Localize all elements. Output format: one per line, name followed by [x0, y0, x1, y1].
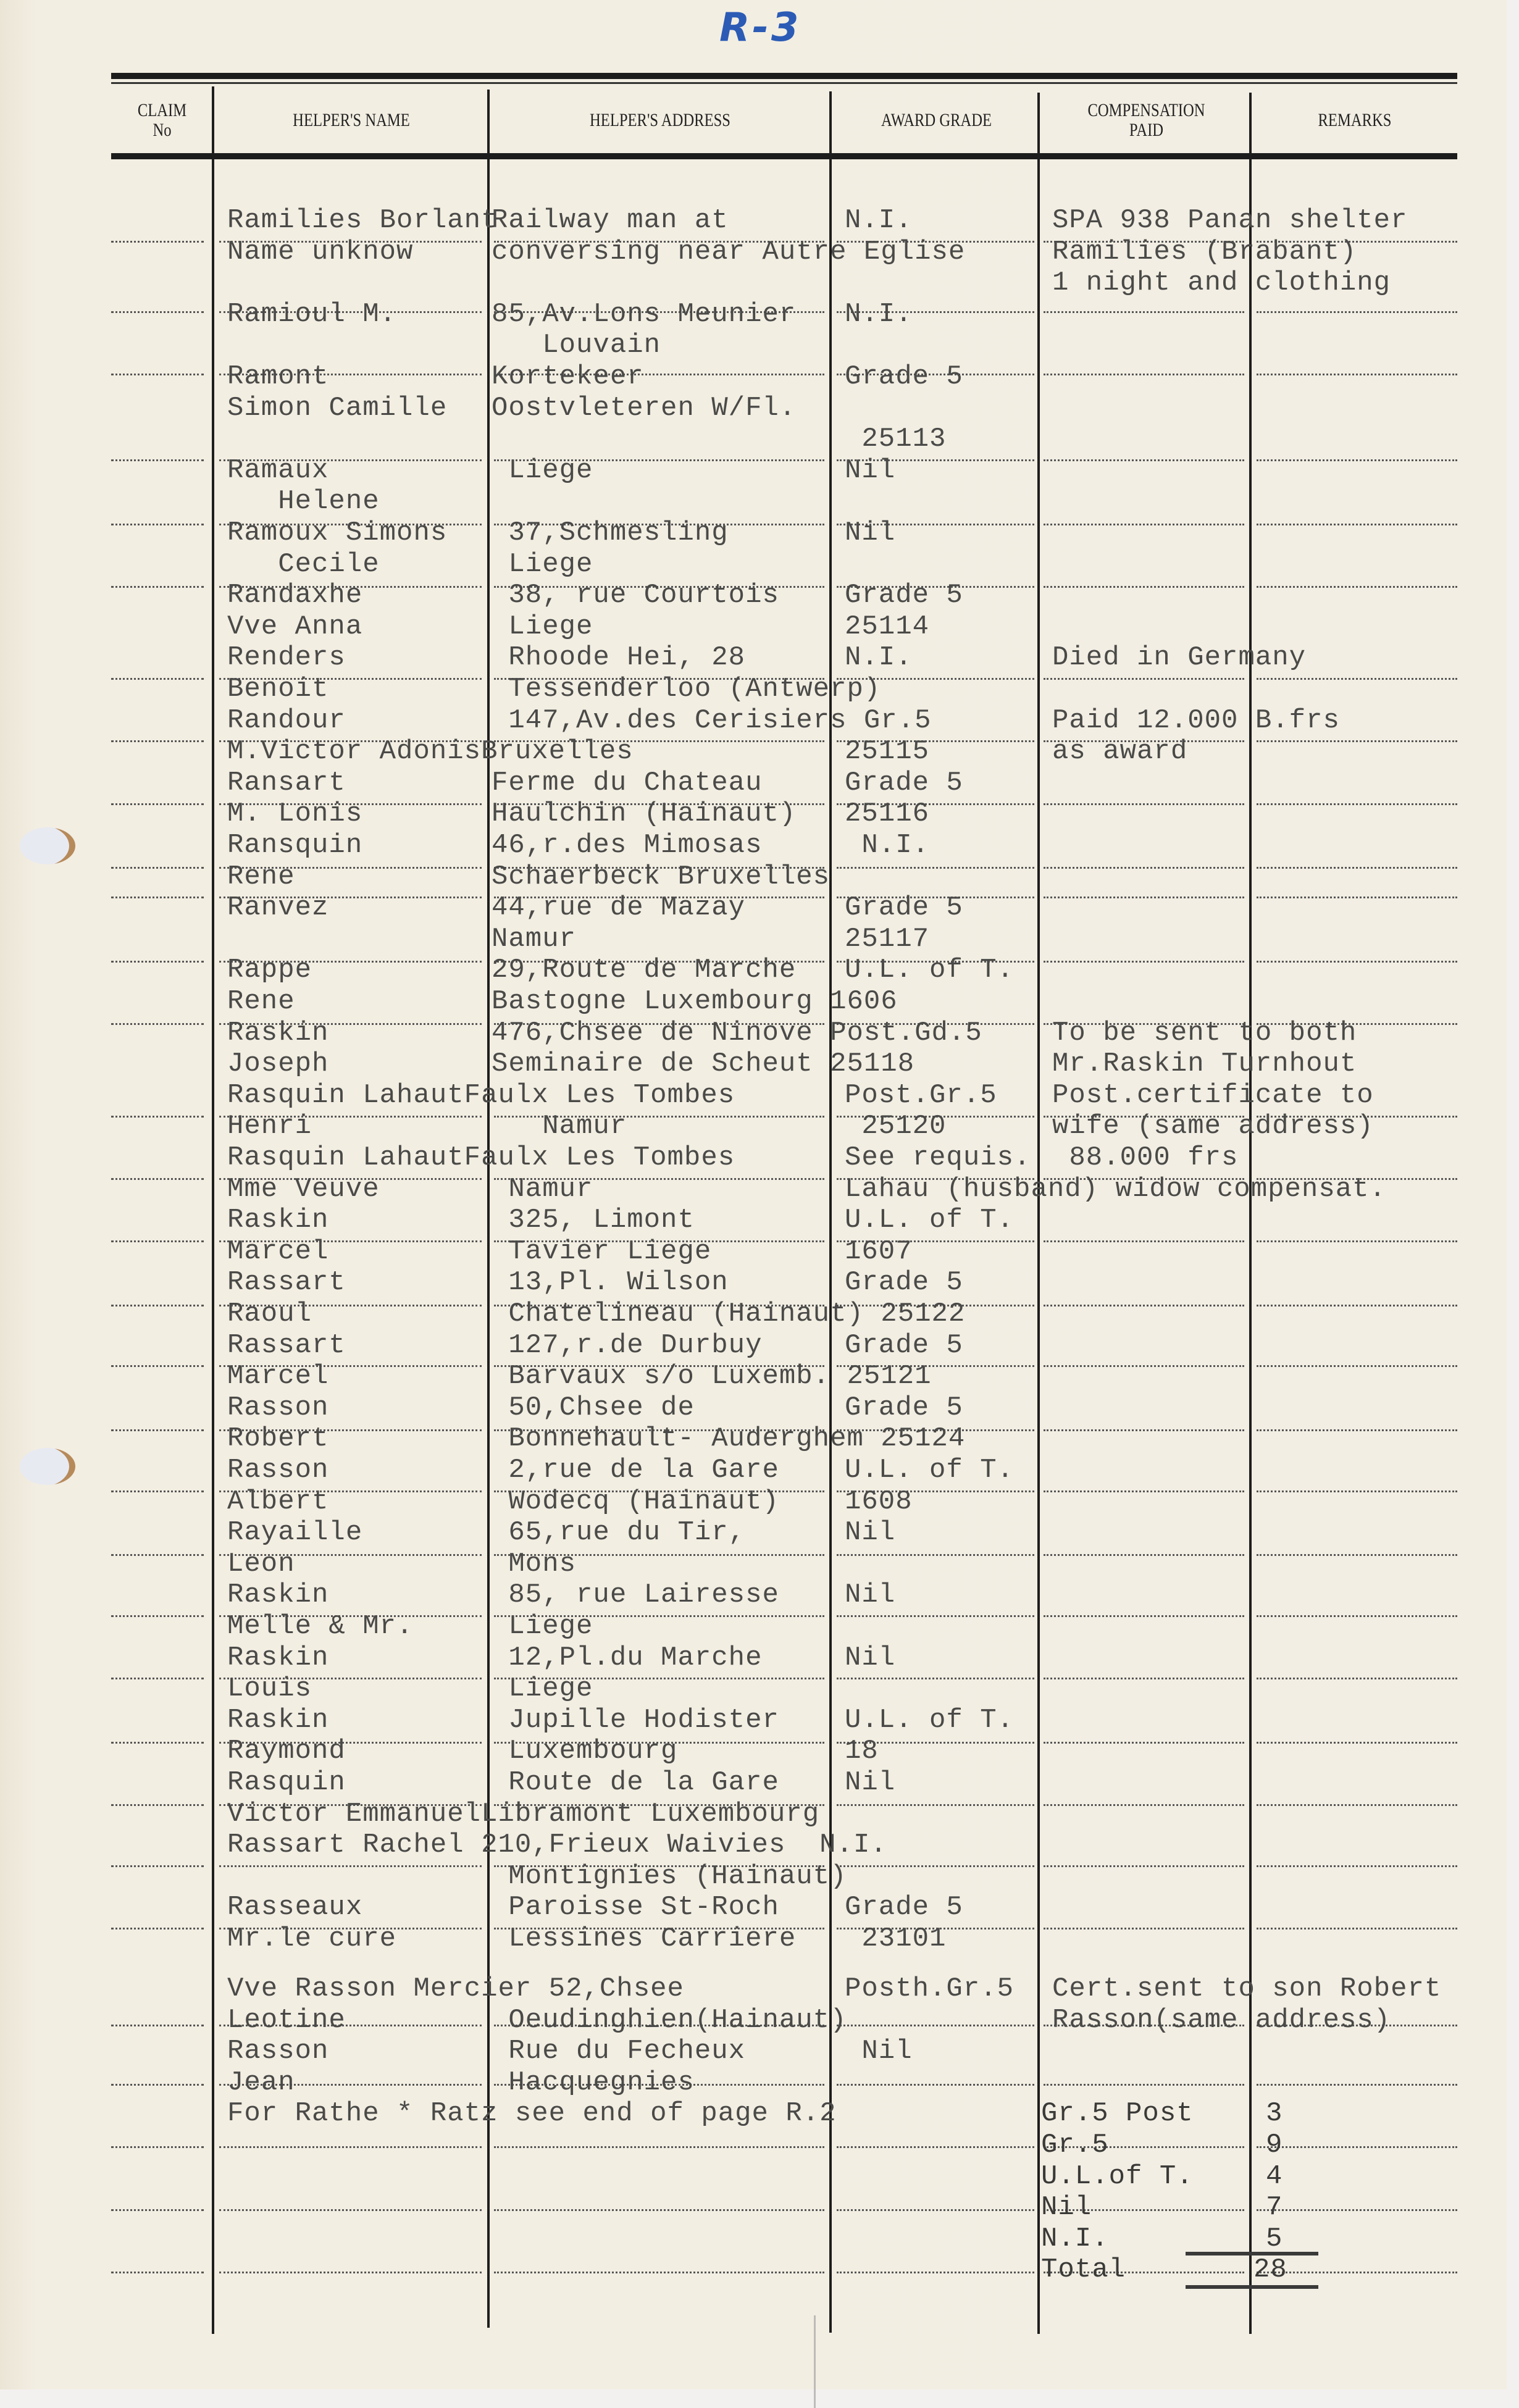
entry-award: 1608: [845, 1486, 913, 1517]
entry-name: Rasseaux: [227, 1892, 362, 1923]
entry-name: Mr.le cure: [227, 1923, 396, 1954]
dotted-rule: [111, 1305, 204, 1306]
header-top-rule: [111, 73, 1457, 79]
header-top-thin-rule: [111, 82, 1457, 84]
entry-address: 127,r.de Durbuy: [492, 1330, 762, 1361]
dotted-rule: [111, 740, 204, 742]
dotted-rule: [111, 2025, 204, 2026]
entry-award: Nil: [845, 1642, 895, 1673]
entry-address: Jupille Hodister: [492, 1705, 779, 1736]
dotted-rule: [1044, 1305, 1244, 1306]
dotted-rule: [111, 459, 204, 461]
page-mark: R-3: [719, 5, 801, 51]
dotted-rule: [1257, 1928, 1457, 1929]
dotted-rule: [111, 1365, 204, 1367]
dotted-rule: [111, 524, 204, 525]
col-header-compensation: COMPENSATIONPAID: [1061, 86, 1231, 154]
entry-address: Haulchin (Hainaut): [492, 798, 796, 829]
entry-address: Liege: [492, 549, 593, 580]
dotted-rule: [111, 1429, 204, 1431]
dotted-rule: [1044, 524, 1244, 525]
entry-name: Victor EmmanuelLibramont Luxembourg: [227, 1799, 819, 1829]
dotted-rule: [1044, 311, 1244, 313]
dotted-rule: [1257, 524, 1457, 525]
entry-name: Henri: [227, 1111, 312, 1142]
entry-address: 29,Route de Marche: [492, 955, 796, 985]
entry-name: Raymond: [227, 1736, 346, 1766]
entry-name: Rasson: [227, 1455, 328, 1486]
entry-address: Railway man at: [492, 205, 729, 236]
entry-name: Ramilies Borlant: [227, 205, 498, 236]
entry-name: Mme Veuve: [227, 1174, 380, 1205]
dotted-rule: [837, 2272, 1034, 2273]
dotted-rule: [219, 1865, 482, 1867]
dotted-rule: [1044, 867, 1244, 869]
entry-address: Wodecq (Hainaut): [492, 1486, 779, 1517]
entry-name: Joseph: [227, 1048, 328, 1079]
entry-award: Grade 5: [845, 892, 963, 923]
entry-award: U.L. of T.: [845, 1455, 1014, 1486]
dotted-rule: [1044, 1804, 1244, 1806]
entry-address: Bastogne Luxembourg 1606: [492, 986, 898, 1017]
dotted-rule: [1044, 2084, 1244, 2086]
entry-address: Liege: [492, 611, 593, 642]
dotted-rule: [837, 2209, 1034, 2211]
entry-comp: Mr.Raskin Turnhout: [1052, 1048, 1357, 1079]
col-header-award: AWARD GRADE: [852, 86, 1021, 154]
dotted-rule: [1044, 459, 1244, 461]
dotted-rule: [837, 1678, 1034, 1679]
entry-address: 38, rue Courtois: [492, 580, 779, 611]
dotted-rule: [1257, 374, 1457, 375]
dotted-rule: [111, 1178, 204, 1180]
summary-count: 3: [1266, 2098, 1283, 2129]
entry-name: Rene: [227, 861, 295, 892]
entry-address: 85, rue Lairesse: [492, 1579, 779, 1610]
col-header-claim: CLAIMNo: [120, 86, 204, 154]
dotted-rule: [1257, 2209, 1457, 2211]
entry-name: Ramioul M.: [227, 299, 396, 330]
dotted-rule: [1257, 1804, 1457, 1806]
dotted-rule: [1257, 1429, 1457, 1431]
summary-total-label: Total: [1041, 2254, 1126, 2285]
entry-name: Ransquin: [227, 830, 362, 861]
total-underline: [1186, 2252, 1318, 2255]
entry-name: For Rathe * Ratz see end of page R.2: [227, 2098, 837, 2129]
dotted-rule: [111, 2146, 204, 2148]
entry-name: Cecile: [227, 549, 380, 580]
entry-name: Leotine: [227, 2005, 346, 2036]
dotted-rule: [111, 1742, 204, 1744]
entry-name: Rassart: [227, 1267, 346, 1298]
entry-award: N.I.: [845, 205, 913, 236]
entry-address: Kortekeer: [492, 361, 644, 392]
column-divider: [212, 86, 214, 2334]
entry-comp: wife (same address): [1052, 1111, 1374, 1142]
dotted-rule: [1257, 2084, 1457, 2086]
entry-name: Raoul: [227, 1298, 312, 1329]
entry-comp: Paid 12.000 B.frs: [1052, 705, 1340, 736]
dotted-rule: [1257, 867, 1457, 869]
col-header-name: HELPER'S NAME: [240, 86, 463, 154]
entry-award: Grade 5: [845, 1392, 963, 1423]
entry-name: Jean: [227, 2067, 295, 2098]
entry-address: 50,Chsee de: [492, 1392, 695, 1423]
entry-address: Route de la Gare: [492, 1767, 779, 1798]
dotted-rule: [111, 241, 204, 243]
punch-hole: [20, 827, 75, 864]
dotted-rule: [837, 2146, 1034, 2148]
entry-comp: SPA 938 Panan shelter: [1052, 205, 1408, 236]
dotted-rule: [111, 374, 204, 375]
entry-award: U.L. of T.: [845, 1705, 1014, 1736]
dotted-rule: [1044, 1490, 1244, 1492]
entry-award: 25113: [845, 424, 946, 454]
entry-name: Rasson: [227, 1392, 328, 1423]
summary-label: Gr.5: [1041, 2130, 1109, 2160]
entry-award: Grade 5: [845, 1267, 963, 1298]
entry-award: 25115: [845, 736, 929, 767]
entry-award: Nil: [845, 517, 895, 548]
dotted-rule: [1044, 1928, 1244, 1929]
dotted-rule: [1257, 1554, 1457, 1556]
entry-address: Seminaire de Scheut 25118: [492, 1048, 914, 1079]
entry-name: Randaxhe: [227, 580, 362, 611]
entry-name: Rassart: [227, 1330, 346, 1361]
dotted-rule: [111, 1023, 204, 1025]
entry-award: Posth.Gr.5: [845, 1973, 1014, 2004]
dotted-rule: [494, 2209, 824, 2211]
entry-name: Simon Camille: [227, 393, 447, 424]
entry-address: Schaerbeck Bruxelles: [492, 861, 830, 892]
summary-label: U.L.of T.: [1041, 2161, 1194, 2192]
entry-award: 25120: [845, 1111, 946, 1142]
dotted-rule: [1257, 459, 1457, 461]
dotted-rule: [1257, 961, 1457, 963]
dotted-rule: [1257, 740, 1457, 742]
dotted-rule: [1257, 897, 1457, 898]
entry-address: Paroisse St-Roch: [492, 1892, 779, 1923]
entry-address: Rhoode Hei, 28: [492, 642, 745, 673]
dotted-rule: [1257, 1615, 1457, 1617]
entry-name: Robert: [227, 1423, 328, 1454]
entry-name: Rassart Rachel 210,Frieux Waivies N.I.: [227, 1829, 887, 1860]
dotted-rule: [1044, 1742, 1244, 1744]
dotted-rule: [837, 2084, 1034, 2086]
dotted-rule: [1044, 1678, 1244, 1679]
entry-address: 46,r.des Mimosas: [492, 830, 762, 861]
entry-address: Louvain: [492, 330, 661, 361]
entry-name: Melle & Mr.: [227, 1611, 413, 1642]
entry-address: 13,Pl. Wilson: [492, 1267, 729, 1298]
dotted-rule: [111, 2209, 204, 2211]
entry-comp: Cert.sent to son Robert: [1052, 1973, 1441, 2004]
dotted-rule: [1257, 1742, 1457, 1744]
entry-name: M.Victor AdonisBruxelles: [227, 736, 634, 767]
entry-address: Chatelineau (Hainaut) 25122: [492, 1298, 965, 1329]
entry-address: Rue du Fecheux: [492, 2036, 745, 2067]
entry-address: Luxembourg: [492, 1736, 677, 1766]
entry-award: Grade 5: [845, 1330, 963, 1361]
dotted-rule: [837, 867, 1034, 869]
col-header-remarks: REMARKS: [1271, 86, 1439, 154]
entry-name: Raskin: [227, 1642, 328, 1673]
entry-name: Ramont: [227, 361, 328, 392]
entry-address: 37,Schmesling: [492, 517, 729, 548]
total-underline: [1186, 2285, 1318, 2289]
entry-address: Liege: [492, 1611, 593, 1642]
entry-award: 25117: [845, 924, 929, 955]
dotted-rule: [111, 1865, 204, 1867]
entry-address: Tessenderloo (Antwerp): [492, 674, 881, 704]
dotted-rule: [111, 1554, 204, 1556]
dotted-rule: [111, 1615, 204, 1617]
entry-name: Helene: [227, 486, 380, 517]
entry-name: Raskin: [227, 1205, 328, 1235]
dotted-rule: [1044, 1365, 1244, 1367]
dotted-rule: [111, 1116, 204, 1118]
entry-address: Liege: [492, 1673, 593, 1704]
dotted-rule: [219, 2272, 482, 2273]
entry-name: Raskin: [227, 1018, 328, 1048]
entry-name: Louis: [227, 1673, 312, 1704]
entry-award: See requis.: [845, 1142, 1031, 1173]
entry-address: Montignies (Hainaut): [492, 1861, 847, 1892]
entry-comp: Rasson(same address): [1052, 2005, 1391, 2036]
entry-name: Marcel: [227, 1236, 328, 1267]
entry-comp: as award: [1052, 736, 1187, 767]
dotted-rule: [111, 1240, 204, 1242]
entry-award: Post.Gr.5: [845, 1080, 997, 1111]
dotted-rule: [1044, 678, 1244, 680]
entry-award: 18: [845, 1736, 879, 1766]
entry-comp: To be sent to both: [1052, 1018, 1357, 1048]
entry-address: Hacquegnies: [492, 2067, 695, 2098]
entry-address: Namur: [492, 1111, 627, 1142]
dotted-rule: [1257, 1490, 1457, 1492]
entry-name: Rayaille: [227, 1517, 362, 1548]
entry-name: Renders: [227, 642, 346, 673]
entry-name: Rene: [227, 986, 295, 1017]
dotted-rule: [1044, 897, 1244, 898]
dotted-rule: [111, 897, 204, 898]
entry-award: 1607: [845, 1236, 913, 1267]
entry-address: 2,rue de la Gare: [492, 1455, 779, 1486]
entry-name: Rasson: [227, 2036, 328, 2067]
entry-award: Grade 5: [845, 361, 963, 392]
summary-count: 7: [1266, 2192, 1283, 2223]
entry-award: Grade 5: [845, 580, 963, 611]
dotted-rule: [837, 1865, 1034, 1867]
dotted-rule: [1044, 586, 1244, 588]
dotted-rule: [1044, 961, 1244, 963]
dotted-rule: [1257, 678, 1457, 680]
dotted-rule: [1044, 1240, 1244, 1242]
dotted-rule: [1044, 374, 1244, 375]
entry-name: Benoit: [227, 674, 328, 704]
entry-address: Mons: [492, 1549, 576, 1579]
entry-comp: Died in Germany: [1052, 642, 1306, 673]
dotted-rule: [1257, 586, 1457, 588]
entry-address: Barvaux s/o Luxemb. 25121: [492, 1361, 932, 1392]
dotted-rule: [111, 867, 204, 869]
dotted-rule: [494, 2146, 824, 2148]
entry-name: Vve Rasson Mercier 52,Chsee: [227, 1973, 684, 2004]
entry-name: Leon: [227, 1549, 295, 1579]
entry-comp: Ramilies (Brabant): [1052, 236, 1357, 267]
entry-award: U.L. of T.: [845, 1205, 1014, 1235]
col-header-address: HELPER'S ADDRESS: [521, 86, 800, 154]
entry-comp: Post.certificate to: [1052, 1080, 1374, 1111]
entry-name: Name unknow: [227, 236, 413, 267]
dotted-rule: [111, 311, 204, 313]
dotted-rule: [111, 2272, 204, 2273]
dotted-rule: [1044, 1865, 1244, 1867]
entry-address: Namur: [492, 924, 576, 955]
dotted-rule: [111, 678, 204, 680]
entry-comp: 1 night and clothing: [1052, 267, 1391, 298]
entry-name: Ranvez: [227, 892, 328, 923]
entry-award: Nil: [845, 1517, 895, 1548]
summary-count: 5: [1266, 2223, 1283, 2254]
entry-address: Tavier Liege: [492, 1236, 711, 1267]
summary-label: Nil: [1041, 2192, 1092, 2223]
dotted-rule: [1257, 1678, 1457, 1679]
dotted-rule: [219, 2146, 482, 2148]
entry-award: 23101: [845, 1923, 946, 1954]
entry-address: Ferme du Chateau: [492, 767, 762, 798]
dotted-rule: [111, 1490, 204, 1492]
entry-address: Oeudinghien(Hainaut): [492, 2005, 847, 2036]
column-divider: [1037, 93, 1040, 2334]
summary-count: 4: [1266, 2161, 1283, 2192]
summary-label: Gr.5 Post: [1041, 2098, 1194, 2129]
entry-award: Nil: [845, 1579, 895, 1610]
dotted-rule: [1257, 803, 1457, 805]
dotted-rule: [1044, 1429, 1244, 1431]
entry-name: Raskin: [227, 1579, 328, 1610]
entry-name: Ransart: [227, 767, 346, 798]
entry-award: U.L. of T.: [845, 955, 1014, 985]
dotted-rule: [111, 961, 204, 963]
entry-name: Randour: [227, 705, 346, 736]
dotted-rule: [837, 1554, 1034, 1556]
dotted-rule: [1257, 1865, 1457, 1867]
punch-hole: [20, 1448, 75, 1485]
dotted-rule: [1044, 1615, 1244, 1617]
dotted-rule: [837, 1615, 1034, 1617]
summary-count: 9: [1266, 2130, 1283, 2160]
dotted-rule: [111, 1678, 204, 1679]
dotted-rule: [837, 1804, 1034, 1806]
entry-award: Nil: [845, 1767, 895, 1798]
entry-name: Rasquin LahautFaulx Les Tombes: [227, 1080, 735, 1111]
entry-address: Namur: [492, 1174, 593, 1205]
dotted-rule: [111, 2084, 204, 2086]
entry-name: Rasquin LahautFaulx Les Tombes: [227, 1142, 735, 1173]
dotted-rule: [1257, 1365, 1457, 1367]
dotted-rule: [1257, 311, 1457, 313]
paper-crease: [814, 2315, 816, 2408]
entry-address: 476,Chsee de Ninove Post.Gd.5: [492, 1018, 982, 1048]
entry-address: 65,rue du Tir,: [492, 1517, 745, 1548]
summary-label: N.I.: [1041, 2223, 1109, 2254]
dotted-rule: [1257, 2146, 1457, 2148]
entry-address: conversing near Autre Eglise: [492, 236, 965, 267]
entry-address: 325, Limont: [492, 1205, 695, 1235]
entry-address: 85,Av.Lons Meunier: [492, 299, 796, 330]
dotted-rule: [1044, 803, 1244, 805]
dotted-rule: [1257, 1305, 1457, 1306]
dotted-rule: [837, 2025, 1034, 2026]
entry-award: N.I.: [845, 642, 913, 673]
entry-address: Oostvleteren W/Fl.: [492, 393, 796, 424]
entry-award: Nil: [845, 2036, 913, 2067]
entry-award: 25116: [845, 798, 929, 829]
entry-award: N.I.: [845, 830, 929, 861]
entry-award: Grade 5: [845, 767, 963, 798]
entry-address: Liege: [492, 455, 593, 486]
dotted-rule: [111, 1804, 204, 1806]
entry-name: Albert: [227, 1486, 328, 1517]
entry-name: Vve Anna: [227, 611, 362, 642]
entry-award: 25114: [845, 611, 929, 642]
entry-name: Rasquin: [227, 1767, 346, 1798]
dotted-rule: [111, 1928, 204, 1929]
entry-address: Lessines Carriere: [492, 1923, 796, 1954]
entry-address: 12,Pl.du Marche: [492, 1642, 762, 1673]
entry-name: Rappe: [227, 955, 312, 985]
dotted-rule: [1044, 1554, 1244, 1556]
summary-total-value: 28: [1253, 2254, 1287, 2285]
entry-address: 147,Av.des Cerisiers Gr.5: [492, 705, 932, 736]
dotted-rule: [494, 2272, 824, 2273]
entry-award: Nil: [845, 455, 895, 486]
entry-award: Grade 5: [845, 1892, 963, 1923]
entry-award: N.I.: [845, 299, 913, 330]
entry-name: Marcel: [227, 1361, 328, 1392]
entry-address: Bonnehault- Auderghem 25124: [492, 1423, 965, 1454]
entry-name: Ramoux Simons: [227, 517, 447, 548]
dotted-rule: [111, 803, 204, 805]
dotted-rule: [111, 586, 204, 588]
column-divider: [829, 91, 832, 2333]
entry-address: 44,rue de Mazay: [492, 892, 745, 923]
entry-name: Ramaux: [227, 455, 328, 486]
entry-award: Lahau (husband) widow compensat.: [845, 1174, 1386, 1205]
entry-name: M. Lonis: [227, 798, 362, 829]
dotted-rule: [1257, 1240, 1457, 1242]
dotted-rule: [219, 2209, 482, 2211]
entry-comp: 88.000 frs: [1052, 1142, 1238, 1173]
entry-name: Raskin: [227, 1705, 328, 1736]
